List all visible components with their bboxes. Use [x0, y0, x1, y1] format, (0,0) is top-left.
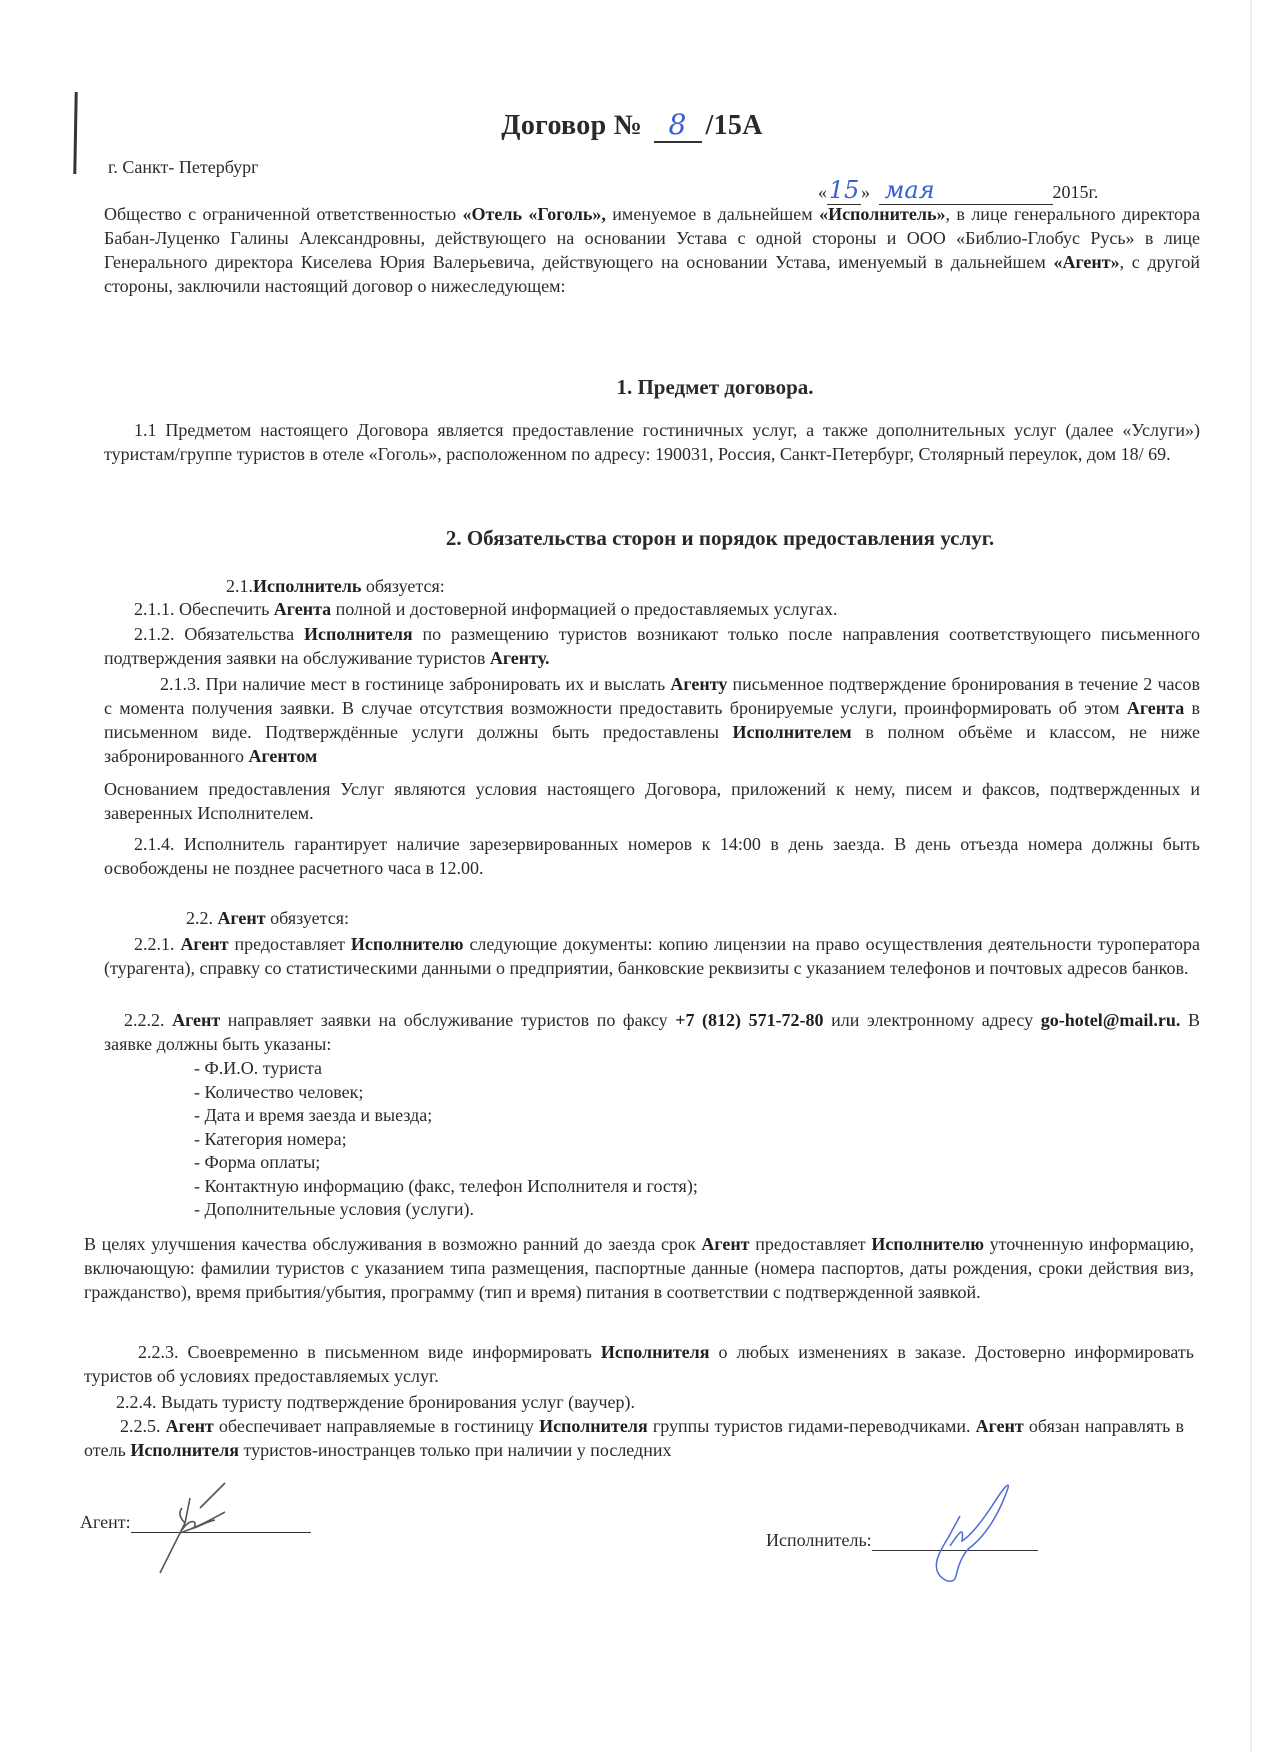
- list-item: - Категория номера;: [194, 1128, 698, 1152]
- clause-text: 2.2.2.: [124, 1010, 172, 1030]
- executor-term: Исполнителю: [351, 934, 464, 954]
- clause-text: туристов-иностранцев только при наличии …: [239, 1440, 672, 1460]
- list-item: - Количество человек;: [194, 1081, 698, 1105]
- title-prefix: Договор №: [501, 110, 642, 141]
- executor-term: «Исполнитель»: [819, 204, 945, 224]
- clause-text: 2.1.2. Обязательства: [134, 624, 304, 644]
- clause-2-1: 2.1.Исполнитель обязуется:: [226, 574, 445, 598]
- executor-term: Исполнителя: [601, 1342, 710, 1362]
- clause-text: В целях улучшения качества обслуживания …: [84, 1234, 701, 1254]
- quality-paragraph: В целях улучшения качества обслуживания …: [84, 1232, 1194, 1304]
- agent-term: Агентом: [248, 746, 317, 766]
- clause-text: 2.1.3. При наличие мест в гостинице забр…: [160, 674, 670, 694]
- agent-term: Агента: [1127, 698, 1184, 718]
- agent-term: Агент: [166, 1416, 214, 1436]
- clause-text: предоставляет: [750, 1234, 872, 1254]
- agent-term: Агента: [274, 599, 331, 619]
- clause-2-2-4: 2.2.4. Выдать туристу подтверждение брон…: [116, 1390, 635, 1414]
- clause-2-2-1: 2.2.1. Агент предоставляет Исполнителю с…: [104, 932, 1200, 980]
- clause-2-2-2: 2.2.2. Агент направляет заявки на обслуж…: [104, 1008, 1200, 1056]
- agent-term: «Агент»: [1053, 252, 1119, 272]
- clause-text: 2.1.1. Обеспечить: [134, 599, 274, 619]
- section-2-heading: 2. Обязательства сторон и порядок предос…: [0, 526, 1264, 551]
- handwritten-month: мая: [879, 176, 1053, 205]
- clause-text: полной и достоверной информацией о предо…: [331, 599, 837, 619]
- clause-text: 2.2.1.: [134, 934, 180, 954]
- request-items-list: - Ф.И.О. туриста - Количество человек; -…: [194, 1057, 698, 1222]
- clause-2-2-5: 2.2.5. Агент обеспечивает направляемые в…: [84, 1414, 1184, 1462]
- executor-term: Исполнителя: [539, 1416, 648, 1436]
- date-year: 2015г.: [1053, 182, 1099, 202]
- executor-signature-label: Исполнитель:: [766, 1530, 872, 1550]
- preamble: Общество с ограниченной ответственностью…: [104, 202, 1200, 298]
- quote-open: «: [818, 182, 827, 202]
- executor-term: Исполнитель: [253, 576, 361, 596]
- clause-1-1: 1.1 Предметом настоящего Договора являет…: [104, 418, 1200, 466]
- clause-text: 2.2.5.: [120, 1416, 166, 1436]
- list-item: - Дополнительные условия (услуги).: [194, 1198, 698, 1222]
- clause-2-2-3: 2.2.3. Своевременно в письменном виде ин…: [84, 1340, 1194, 1388]
- agent-term: Агенту: [670, 674, 727, 694]
- clause-text: или электронному адресу: [824, 1010, 1041, 1030]
- executor-term: Исполнителю: [871, 1234, 984, 1254]
- fax-number: +7 (812) 571-72-80: [675, 1010, 823, 1030]
- handwritten-day: 15: [827, 176, 861, 205]
- page-edge: [1250, 0, 1252, 1752]
- agent-term: Агент: [180, 934, 228, 954]
- clause-text: предоставляет: [229, 934, 351, 954]
- agent-term: Агент: [172, 1010, 220, 1030]
- executor-signature-icon: [920, 1476, 1040, 1586]
- clause-text: направляет заявки на обслуживание турист…: [220, 1010, 675, 1030]
- clause-2-2: 2.2. Агент обязуется:: [186, 906, 349, 930]
- executor-term: Исполнителем: [733, 722, 852, 742]
- document-title: Договор № 8/15А: [0, 108, 1264, 143]
- clause-text: обеспечивает направляемые в гостиницу: [214, 1416, 539, 1436]
- clause-text: обязуется:: [361, 576, 444, 596]
- list-item: - Ф.И.О. туриста: [194, 1057, 698, 1081]
- preamble-text: Общество с ограниченной ответственностью: [104, 204, 463, 224]
- list-item: - Форма оплаты;: [194, 1151, 698, 1175]
- clause-2-1-4: 2.1.4. Исполнитель гарантирует наличие з…: [104, 832, 1200, 880]
- email-address: go-hotel@mail.ru.: [1041, 1010, 1181, 1030]
- clause-text: обязуется:: [266, 908, 349, 928]
- contract-date: «15» мая2015г.: [818, 176, 1098, 205]
- clause-number: 2.2.: [186, 908, 218, 928]
- list-item: - Контактную информацию (факс, телефон И…: [194, 1175, 698, 1199]
- section-1-heading: 1. Предмет договора.: [0, 375, 1264, 400]
- handwritten-contract-number: 8: [654, 108, 702, 143]
- clause-2-1-1: 2.1.1. Обеспечить Агента полной и достов…: [134, 597, 838, 621]
- clause-text: группы туристов гидами-переводчиками.: [648, 1416, 976, 1436]
- agent-term: Агент: [218, 908, 266, 928]
- city: г. Санкт- Петербург: [108, 157, 259, 178]
- clause-number: 2.1.: [226, 576, 253, 596]
- executor-term: Исполнителя: [304, 624, 413, 644]
- clause-2-1-2: 2.1.2. Обязательства Исполнителя по разм…: [104, 622, 1200, 670]
- agent-signature-icon: [130, 1478, 270, 1578]
- executor-term: Исполнителя: [130, 1440, 239, 1460]
- clause-text: 2.2.3. Своевременно в письменном виде ин…: [138, 1342, 601, 1362]
- quote-close: »: [861, 182, 870, 202]
- agent-term: Агент: [701, 1234, 749, 1254]
- clause-2-1-3: 2.1.3. При наличие мест в гостинице забр…: [104, 672, 1200, 768]
- clause-2-1-3-basis: Основанием предоставления Услуг являются…: [104, 777, 1200, 825]
- list-item: - Дата и время заезда и выезда;: [194, 1104, 698, 1128]
- agent-signature-label: Агент:: [80, 1512, 131, 1532]
- hotel-name: «Отель «Гоголь»,: [463, 204, 606, 224]
- agent-term: Агенту.: [485, 648, 549, 668]
- title-suffix: /15А: [706, 110, 763, 141]
- agent-term: Агент: [976, 1416, 1024, 1436]
- preamble-text: именуемое в дальнейшем: [606, 204, 819, 224]
